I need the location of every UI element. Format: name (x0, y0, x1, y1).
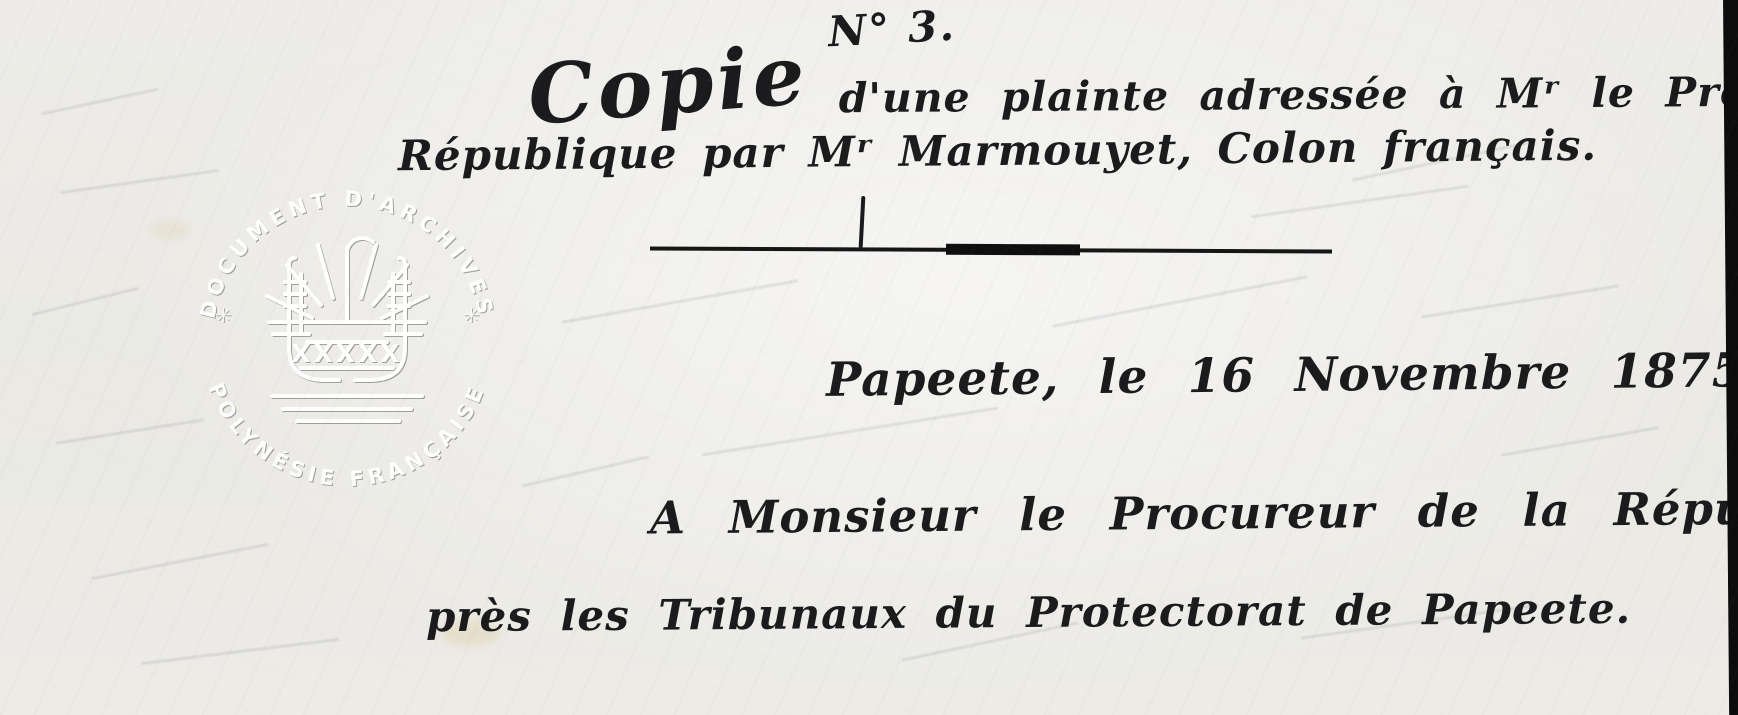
bleed-through-mark (31, 287, 138, 317)
stamp-arc-top-text: DOCUMENT D'ARCHIVES (196, 187, 499, 321)
bleed-through-mark (91, 543, 268, 580)
bleed-through-mark (1251, 185, 1469, 219)
french-polynesia-pirogue-emblem-icon (267, 238, 427, 421)
bleed-through-mark (702, 407, 999, 457)
salutation-line-2: près les Tribunaux du Protectorat de Pap… (426, 584, 1632, 641)
bleed-through-mark (56, 418, 205, 444)
bleed-through-mark (1052, 275, 1308, 328)
title-line: Copie d'une plainte adressée à Mʳ le Pro… (528, 35, 1738, 128)
stamp-star-right-icon: ✳ (463, 303, 480, 327)
separator-rule-thick-segment (946, 244, 1080, 256)
stamp-star-left-icon: ✳ (215, 303, 232, 327)
salutation-line-1: A Monsieur le Procureur de la République (650, 480, 1738, 544)
dateline: Papeete, le 16 Novembre 1875. (826, 343, 1738, 408)
paper-stain (150, 220, 190, 240)
archival-document-page: DOCUMENT D'ARCHIVES POLYNÉSIE FRANÇAISE … (0, 0, 1738, 715)
stamp-arc-bottom-text: POLYNÉSIE FRANÇAISE (204, 379, 491, 491)
stamp-emblem-x-band: XXXXX (291, 339, 402, 368)
separator-rule (650, 247, 1332, 254)
ink-descender-stroke (859, 196, 866, 248)
bleed-through-mark (1421, 284, 1619, 318)
title-word-copie: Copie (525, 34, 811, 137)
title-rest-text: d'une plainte adressée à Mʳ le Procureur… (839, 66, 1738, 123)
bleed-through-mark (61, 169, 220, 194)
bleed-through-mark (1501, 426, 1659, 457)
archive-stamp-watermark: DOCUMENT D'ARCHIVES POLYNÉSIE FRANÇAISE … (177, 170, 517, 510)
bleed-through-mark (41, 88, 159, 116)
title-line-2: République par Mʳ Marmouyet, Colon franç… (398, 121, 1597, 180)
bleed-through-mark (521, 455, 648, 487)
bleed-through-mark (141, 638, 340, 665)
bleed-through-mark (562, 279, 799, 324)
